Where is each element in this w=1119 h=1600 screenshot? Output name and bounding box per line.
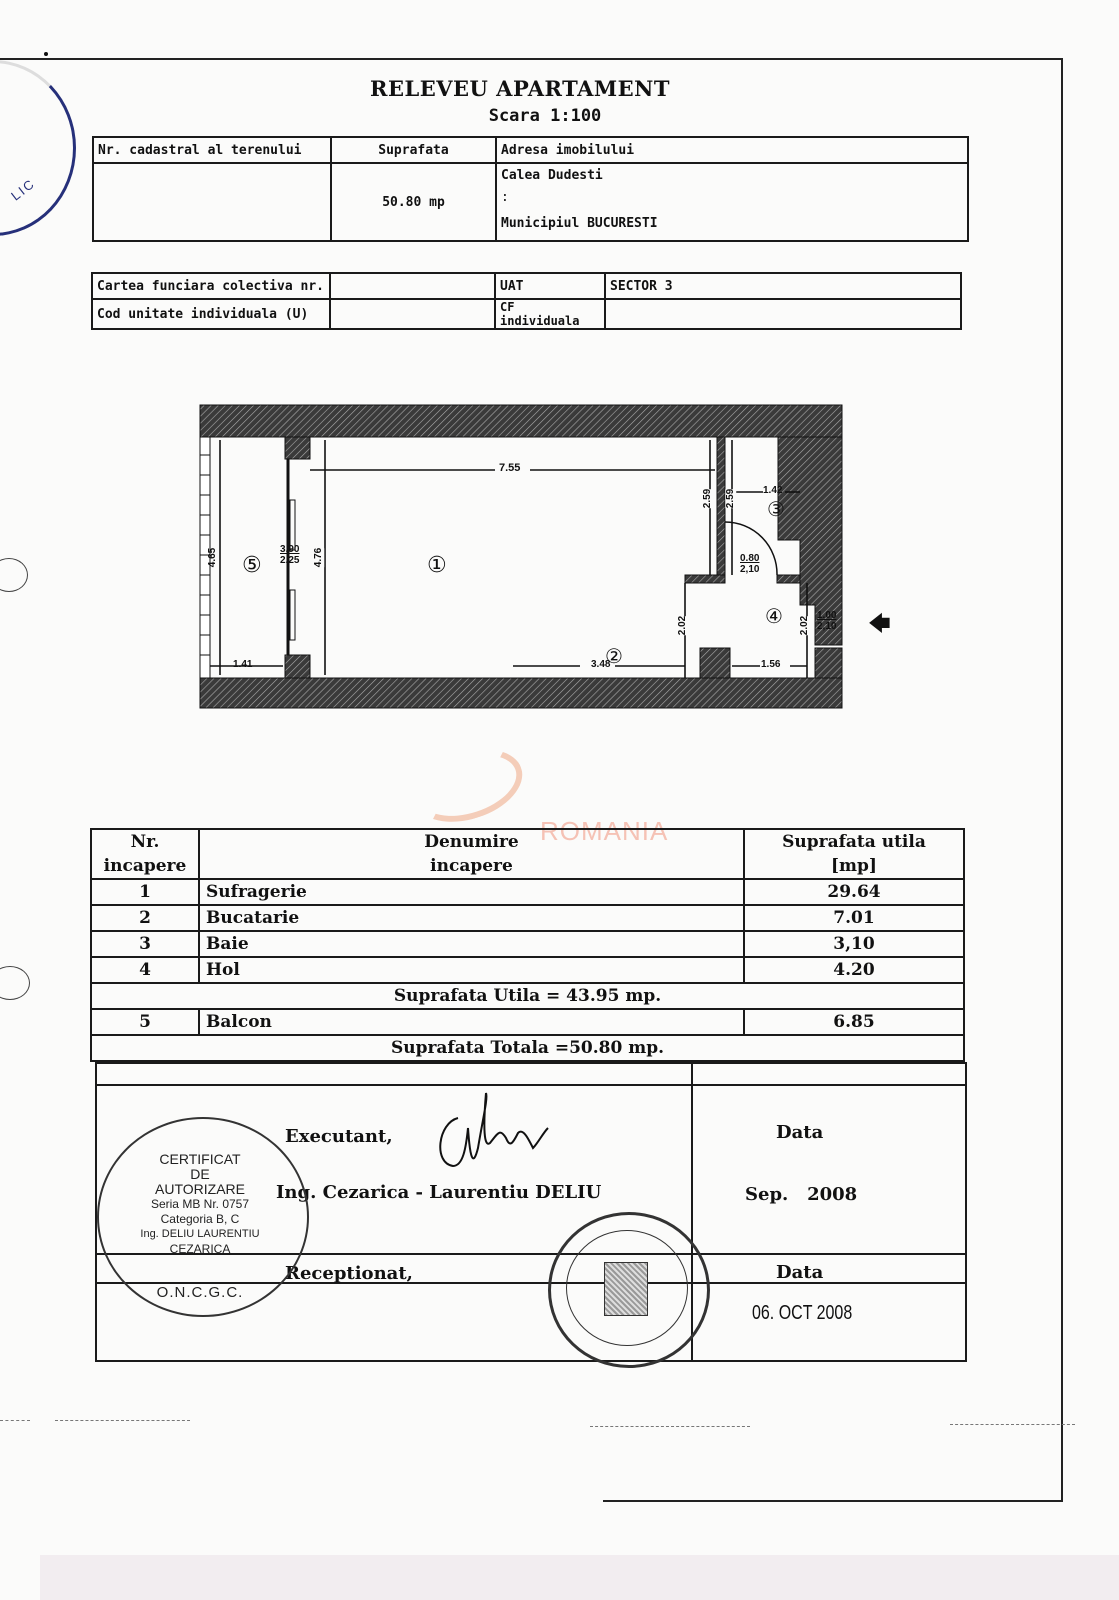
authorization-stamp-body: CERTIFICAT DE AUTORIZARE Seria MB Nr. 07… [120,1152,280,1257]
receptionat-date-stamp: 06. OCT 2008 [752,1302,852,1325]
room-area: 4.20 [744,957,964,983]
rooms-table: Nr. incapere Denumire incapere Suprafata… [90,828,965,1062]
room-number: 3 [91,931,199,957]
surface-value: 50.80 mp [331,163,496,241]
dim-bath-height: 2.59 [725,489,736,508]
floor-plan-drawing [195,400,895,712]
coat-of-arms-icon [604,1262,648,1316]
dim-living-width: 4.76 [313,548,324,567]
room-area: 7.01 [744,905,964,931]
cadastral-number-label: Nr. cadastral al terenului [93,137,331,163]
address-city: Municipiul BUCURESTI [501,216,963,231]
room-area: 6.85 [744,1009,964,1035]
room-number: 1 [91,879,199,905]
carte-funciara-label: Cartea funciara colectiva nr. [92,273,330,299]
grand-total: Suprafata Totala =50.80 mp. [91,1035,964,1061]
document-scale: Scara 1:100 [0,106,1090,126]
useful-area-total-row: Suprafata Utila = 43.95 mp. [91,983,964,1009]
room-number: 2 [91,905,199,931]
signature-top-rule [95,1084,967,1086]
room-number: 4 [91,957,199,983]
room-marker-3: ③ [767,497,785,521]
header-room-area: Suprafata utila [mp] [744,829,964,879]
signature-scribble [428,1088,558,1173]
cf-individuala-label: CF individuala [495,299,605,329]
dim-entry-door-bottom: 2,10 [817,621,836,632]
room-marker-5: ⑤ [242,553,262,578]
room-name: Bucatarie [199,905,744,931]
dim-bath-door-top: 0.80 [740,553,759,564]
table-row: 1 Sufragerie 29.64 [91,879,964,905]
executant-date-label: Data [776,1122,823,1143]
receptionat-date-label: Data [776,1262,823,1283]
dim-bath-width: 1.42 [763,485,782,496]
dim-balcony-depth: 1.41 [233,659,252,670]
uat-value: SECTOR 3 [605,273,961,299]
useful-area-total: Suprafata Utila = 43.95 mp. [91,983,964,1009]
dim-balcony-door-bottom: 2.25 [280,555,299,566]
room-name: Hol [199,957,744,983]
room-area: 3,10 [744,931,964,957]
address-value: Calea Dudesti : Municipiul BUCURESTI [496,163,968,241]
dim-balcony-width: 4.65 [207,548,218,567]
table-row: 2 Bucatarie 7.01 [91,905,964,931]
dim-kitchen-height: 2.59 [702,489,713,508]
faint-mark [590,1426,750,1427]
header-room-number: Nr. incapere [91,829,199,879]
table-row: 4 Hol 4.20 [91,957,964,983]
room-marker-1: ① [427,553,447,578]
room-marker-2: ② [605,644,623,668]
table-row: 5 Balcon 6.85 [91,1009,964,1035]
cf-individuala-value [605,299,961,329]
scan-artifact-band [40,1555,1119,1600]
registry-table: Cartea funciara colectiva nr. UAT SECTOR… [91,272,962,330]
cadastral-info-table: Nr. cadastral al terenului Suprafata Adr… [92,136,969,242]
page-border-bottom [603,1500,1063,1502]
uat-label: UAT [495,273,605,299]
entry-arrow-icon: 🡄 [868,607,891,645]
cadastral-number-value [93,163,331,241]
cod-unitate-value [330,299,495,329]
address-label: Adresa imobilului [496,137,968,163]
grand-total-row: Suprafata Totala =50.80 mp. [91,1035,964,1061]
room-name: Baie [199,931,744,957]
cod-unitate-label: Cod unitate individuala (U) [92,299,330,329]
dim-balcony-door-top: 3.90 [280,544,299,555]
room-number: 5 [91,1009,199,1035]
dim-hall-width: 1.56 [761,659,780,670]
room-name: Balcon [199,1009,744,1035]
room-name: Sufragerie [199,879,744,905]
faint-mark [55,1420,190,1421]
dim-hall-height-right: 2.02 [799,616,810,635]
faint-mark [950,1424,1075,1425]
table-row: 3 Baie 3,10 [91,931,964,957]
dim-living-length: 7.55 [499,462,520,474]
carte-funciara-value [330,273,495,299]
surface-label: Suprafata [331,137,496,163]
floor-plan: 7.55 4.65 4.76 3.90 2.25 1.41 3.48 2.59 … [195,400,855,712]
dim-bath-door-bottom: 2,10 [740,564,759,575]
dim-hall-height-left: 2.02 [677,616,688,635]
address-separator: : [501,190,963,216]
executant-date: Sep. 2008 [745,1184,857,1205]
authorization-stamp-org: O.N.C.G.C. [120,1285,280,1300]
executant-label: Executant, [285,1126,393,1147]
receptionat-label: Receptionat, [285,1263,413,1284]
room-marker-4: ④ [765,604,783,628]
address-street: Calea Dudesti [501,168,963,190]
room-area: 29.64 [744,879,964,905]
dot-mark [44,52,48,56]
executant-name: Ing. Cezarica - Laurentiu DELIU [276,1182,601,1203]
document-title: RELEVEU APARTAMENT [0,76,1040,101]
header-room-name: Denumire incapere [199,829,744,879]
faint-mark [0,1420,30,1421]
dim-entry-door-top: 1.00 [817,610,836,621]
